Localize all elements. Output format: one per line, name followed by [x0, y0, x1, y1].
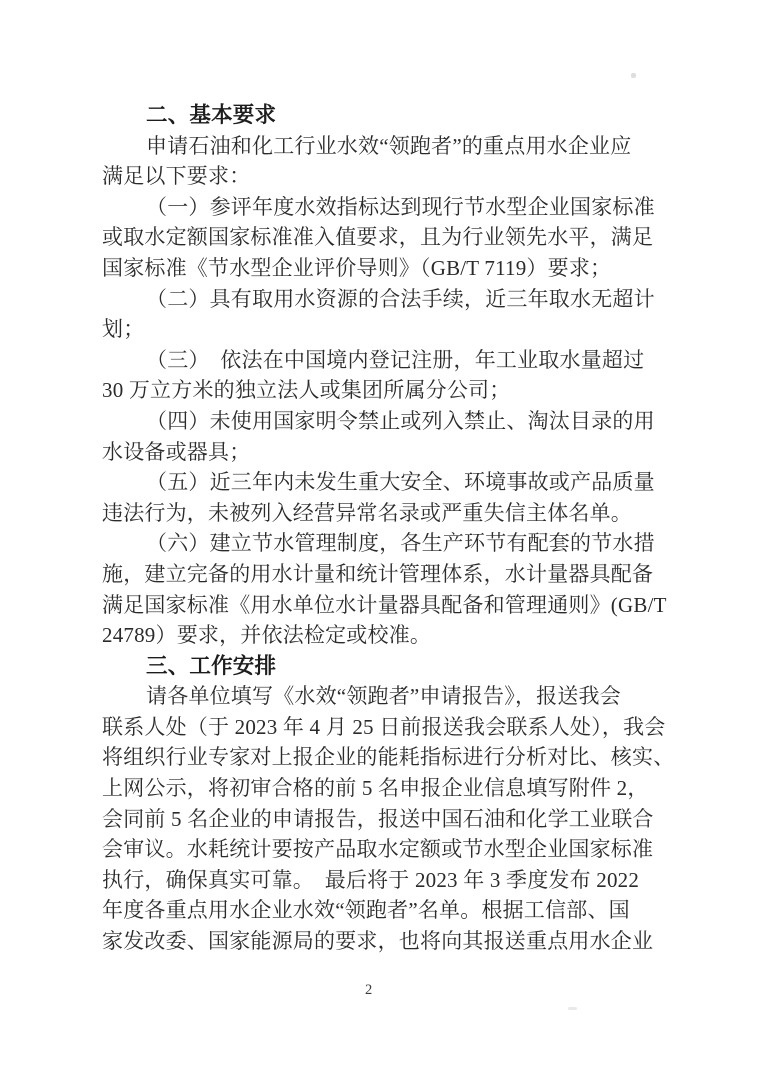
- text-line: 违法行为，未被列入经营异常名录或严重失信主体名单。: [102, 498, 722, 529]
- text-line: （三） 依法在中国境内登记注册，年工业取水量超过: [102, 345, 722, 376]
- text-line: 申请石油和化工行业水效“领跑者”的重点用水企业应: [102, 131, 722, 162]
- text-line: 会同前 5 名企业的申请报告，报送中国石油和化学工业联合: [102, 804, 722, 835]
- text-line: 年度各重点用水企业水效“领跑者”名单。根据工信部、国: [102, 895, 722, 926]
- text-line: （六）建立节水管理制度，各生产环节有配套的节水措: [102, 528, 722, 559]
- text-line: （二）具有取用水资源的合法手续，近三年取水无超计: [102, 284, 722, 315]
- text-line: 上网公示，将初审合格的前 5 名申报企业信息填写附件 2，: [102, 773, 722, 804]
- text-line: 水设备或器具；: [102, 437, 722, 468]
- text-line: （五）近三年内未发生重大安全、环境事故或产品质量: [102, 467, 722, 498]
- text-line: 施，建立完备的用水计量和统计管理体系，水计量器具配备: [102, 559, 722, 590]
- text-line: 会审议。水耗统计要按产品取水定额或节水型企业国家标准: [102, 834, 722, 865]
- page-number: 2: [365, 981, 372, 999]
- text-line: （四）未使用国家明令禁止或列入禁止、淘汰目录的用: [102, 406, 722, 437]
- scan-speck: [631, 73, 636, 78]
- text-line: 24789）要求，并依法检定或校准。: [102, 620, 722, 651]
- text-line: （一）参评年度水效指标达到现行节水型企业国家标准: [102, 192, 722, 223]
- scan-speck: [568, 1007, 577, 1010]
- text-line: 将组织行业专家对上报企业的能耗指标进行分析对比、核实、: [102, 742, 722, 773]
- section3-heading: 三、工作安排: [102, 651, 722, 682]
- text-line: 划；: [102, 314, 722, 345]
- document-page: 二、基本要求 申请石油和化工行业水效“领跑者”的重点用水企业应 满足以下要求： …: [0, 0, 760, 1074]
- text-line: 或取水定额国家标准准入值要求，且为行业领先水平，满足: [102, 222, 722, 253]
- text-line: 满足国家标准《用水单位水计量器具配备和管理通则》(GB/T: [102, 590, 722, 621]
- text-line: 执行，确保真实可靠。 最后将于 2023 年 3 季度发布 2022: [102, 865, 722, 896]
- text-line: 国家标准《节水型企业评价导则》（GB/T 7119）要求；: [102, 253, 722, 284]
- section2-heading: 二、基本要求: [102, 100, 722, 131]
- document-body: 二、基本要求 申请石油和化工行业水效“领跑者”的重点用水企业应 满足以下要求： …: [102, 100, 722, 957]
- text-line: 满足以下要求：: [102, 161, 722, 192]
- text-line: 家发改委、国家能源局的要求，也将向其报送重点用水企业: [102, 926, 722, 957]
- text-line: 联系人处（于 2023 年 4 月 25 日前报送我会联系人处），我会: [102, 712, 722, 743]
- text-line: 请各单位填写《水效“领跑者”申请报告》，报送我会: [102, 681, 722, 712]
- text-line: 30 万立方米的独立法人或集团所属分公司；: [102, 375, 722, 406]
